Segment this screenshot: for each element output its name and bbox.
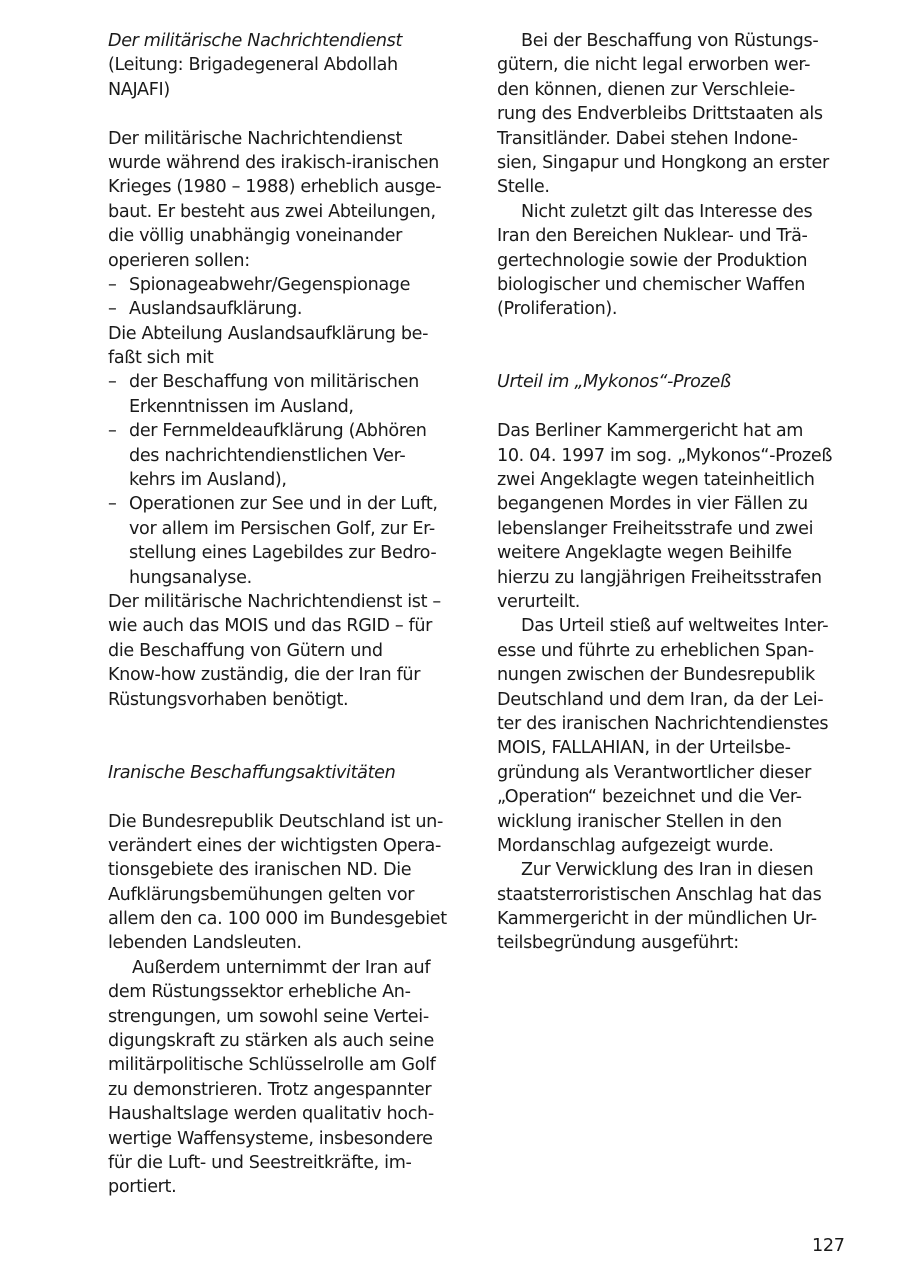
- text-line: Bei der Beschaffung von Rüstungs-: [497, 29, 867, 53]
- section-procurement-activities: Iranische Beschaffungsaktivitäten Die Bu…: [108, 761, 478, 1200]
- text-line: baut. Er besteht aus zwei Abteilungen,: [108, 200, 478, 224]
- dash-bullet: –: [108, 273, 129, 297]
- text-line: hierzu zu langjährigen Freiheitsstrafen: [497, 566, 867, 590]
- dash-list: –Spionageabwehr/Gegenspionage –Auslandsa…: [108, 273, 478, 322]
- text-line: Deutschland und dem Iran, da der Lei-: [497, 688, 867, 712]
- text-line: wie auch das MOIS und das RGID – für: [108, 614, 478, 638]
- list-item-continuation: hungsanalyse.: [108, 566, 478, 590]
- text-line: gertechnologie sowie der Produktion: [497, 249, 867, 273]
- text-line: Aufklärungsbemühungen gelten vor: [108, 883, 478, 907]
- dash-bullet: –: [108, 419, 129, 443]
- text-line: wurde während des irakisch-iranischen: [108, 151, 478, 175]
- text-line: begangenen Mordes in vier Fällen zu: [497, 492, 867, 516]
- paragraph: Der militärische Nachrichtendienst ist –…: [108, 590, 478, 712]
- list-item-text: Operationen zur See und in der Luft,: [129, 494, 438, 514]
- paragraph: Die Abteilung Auslandsaufklärung be- faß…: [108, 322, 478, 371]
- list-item-text: der Beschaffung von militärischen: [129, 372, 419, 392]
- text-line: für die Luft- und Seestreitkräfte, im-: [108, 1151, 478, 1175]
- paragraph: Zur Verwicklung des Iran in diesen staat…: [497, 858, 867, 956]
- dash-list: –der Beschaffung von militärischen Erken…: [108, 370, 478, 590]
- text-line: Die Abteilung Auslandsaufklärung be-: [108, 322, 478, 346]
- list-item: –Operationen zur See und in der Luft,: [108, 492, 478, 516]
- paragraph: Der militärische Nachrichtendienst wurde…: [108, 127, 478, 273]
- paragraph: Das Urteil stieß auf weltweites Inter- e…: [497, 614, 867, 858]
- list-item-text: der Fernmeldeaufklärung (Abhören: [129, 421, 427, 441]
- text-line: den können, dienen zur Verschleie-: [497, 78, 867, 102]
- list-item-continuation: stellung eines Lagebildes zur Bedro-: [108, 541, 478, 565]
- text-line: Außerdem unternimmt der Iran auf: [108, 956, 478, 980]
- dash-bullet: –: [108, 492, 129, 516]
- text-line: Kammergericht in der mündlichen Ur-: [497, 907, 867, 931]
- text-line: teilsbegründung ausgeführt:: [497, 931, 867, 955]
- text-line: Rüstungsvorhaben benötigt.: [108, 688, 478, 712]
- text-line: Mordanschlag aufgezeigt wurde.: [497, 834, 867, 858]
- text-line: militärpolitische Schlüsselrolle am Golf: [108, 1053, 478, 1077]
- text-line: lebenslanger Freiheitsstrafe und zwei: [497, 517, 867, 541]
- section-heading: Der militärische Nachrichtendienst: [108, 29, 478, 53]
- dash-bullet: –: [108, 297, 129, 321]
- text-line: Iran den Bereichen Nuklear- und Trä-: [497, 224, 867, 248]
- text-line: strengungen, um sowohl seine Vertei-: [108, 1005, 478, 1029]
- text-line: die Beschaffung von Gütern und: [108, 639, 478, 663]
- text-line: Zur Verwicklung des Iran in diesen: [497, 858, 867, 882]
- page-number: 127: [812, 1234, 845, 1258]
- list-item-text: Auslandsaufklärung.: [129, 299, 302, 319]
- text-line: sien, Singapur und Hongkong an erster: [497, 151, 867, 175]
- text-line: wertige Waffensysteme, insbesondere: [108, 1127, 478, 1151]
- paragraph: Bei der Beschaffung von Rüstungs- gütern…: [497, 29, 867, 200]
- text-line: Transitländer. Dabei stehen Indone-: [497, 127, 867, 151]
- list-item-continuation: Erkenntnissen im Ausland,: [108, 395, 478, 419]
- text-line: Nicht zuletzt gilt das Interesse des: [497, 200, 867, 224]
- text-line: weitere Angeklagte wegen Beihilfe: [497, 541, 867, 565]
- text-line: tionsgebiete des iranischen ND. Die: [108, 858, 478, 882]
- list-item: –Auslandsaufklärung.: [108, 297, 478, 321]
- dash-bullet: –: [108, 370, 129, 394]
- list-item-text: Spionageabwehr/Gegenspionage: [129, 275, 410, 295]
- text-line: gründung als Verantwortlicher dieser: [497, 761, 867, 785]
- paragraph: Außerdem unternimmt der Iran auf dem Rüs…: [108, 956, 478, 1200]
- list-item: –der Fernmeldeaufklärung (Abhören: [108, 419, 478, 443]
- text-line: esse und führte zu erheblichen Span-: [497, 639, 867, 663]
- text-line: allem den ca. 100 000 im Bundesgebiet: [108, 907, 478, 931]
- paragraph: Das Berliner Kammergericht hat am 10. 04…: [497, 419, 867, 614]
- text-line: Krieges (1980 – 1988) erheblich ausge-: [108, 175, 478, 199]
- list-item-continuation: des nachrichtendienstlichen Ver-: [108, 444, 478, 468]
- text-line: biologischer und chemischer Waffen: [497, 273, 867, 297]
- text-line: wicklung iranischer Stellen in den: [497, 810, 867, 834]
- text-line: Haushaltslage werden qualitativ hoch-: [108, 1102, 478, 1126]
- section-heading: Iranische Beschaffungsaktivitäten: [108, 761, 478, 785]
- right-column: Bei der Beschaffung von Rüstungs- gütern…: [497, 29, 867, 956]
- section-military-intelligence: Der militärische Nachrichtendienst (Leit…: [108, 29, 478, 712]
- text-line: portiert.: [108, 1175, 478, 1199]
- text-line: rung des Endverbleibs Drittstaaten als: [497, 102, 867, 126]
- text-line: Stelle.: [497, 175, 867, 199]
- text-line: digungskraft zu stärken als auch seine: [108, 1029, 478, 1053]
- text-line: zwei Angeklagte wegen tateinheitlich: [497, 468, 867, 492]
- paragraph: Nicht zuletzt gilt das Interesse des Ira…: [497, 200, 867, 322]
- text-line: verändert eines der wichtigsten Opera-: [108, 834, 478, 858]
- text-line: Know-how zuständig, die der Iran für: [108, 663, 478, 687]
- text-line: Das Berliner Kammergericht hat am: [497, 419, 867, 443]
- left-column: Der militärische Nachrichtendienst (Leit…: [108, 29, 478, 1200]
- text-line: Das Urteil stieß auf weltweites Inter-: [497, 614, 867, 638]
- text-line: „Operation“ bezeichnet und die Ver-: [497, 785, 867, 809]
- text-line: Der militärische Nachrichtendienst ist –: [108, 590, 478, 614]
- text-line: Die Bundesrepublik Deutschland ist un-: [108, 810, 478, 834]
- text-line: 10. 04. 1997 im sog. „Mykonos“-Prozeß: [497, 444, 867, 468]
- text-line: Der militärische Nachrichtendienst: [108, 127, 478, 151]
- heading-subtitle-line: (Leitung: Brigadegeneral Abdollah: [108, 53, 478, 77]
- list-item: –der Beschaffung von militärischen: [108, 370, 478, 394]
- text-line: (Proliferation).: [497, 297, 867, 321]
- text-line: verurteilt.: [497, 590, 867, 614]
- list-item-continuation: kehrs im Ausland),: [108, 468, 478, 492]
- section-heading: Urteil im „Mykonos“-Prozeß: [497, 370, 867, 394]
- text-line: operieren sollen:: [108, 249, 478, 273]
- heading-subtitle-line: NAJAFI): [108, 78, 478, 102]
- text-line: MOIS, FALLAHIAN, in der Urteilsbe-: [497, 736, 867, 760]
- list-item-continuation: vor allem im Persischen Golf, zur Er-: [108, 517, 478, 541]
- paragraph: Die Bundesrepublik Deutschland ist un- v…: [108, 810, 478, 956]
- text-line: gütern, die nicht legal erworben wer-: [497, 53, 867, 77]
- text-line: die völlig unabhängig voneinander: [108, 224, 478, 248]
- text-line: lebenden Landsleuten.: [108, 931, 478, 955]
- section-mykonos-verdict: Urteil im „Mykonos“-Prozeß Das Berliner …: [497, 370, 867, 955]
- text-line: zu demonstrieren. Trotz angespannter: [108, 1078, 478, 1102]
- text-line: staatsterroristischen Anschlag hat das: [497, 883, 867, 907]
- list-item: –Spionageabwehr/Gegenspionage: [108, 273, 478, 297]
- text-line: ter des iranischen Nachrichtendienstes: [497, 712, 867, 736]
- text-line: nungen zwischen der Bundesrepublik: [497, 663, 867, 687]
- text-line: dem Rüstungssektor erhebliche An-: [108, 980, 478, 1004]
- text-line: faßt sich mit: [108, 346, 478, 370]
